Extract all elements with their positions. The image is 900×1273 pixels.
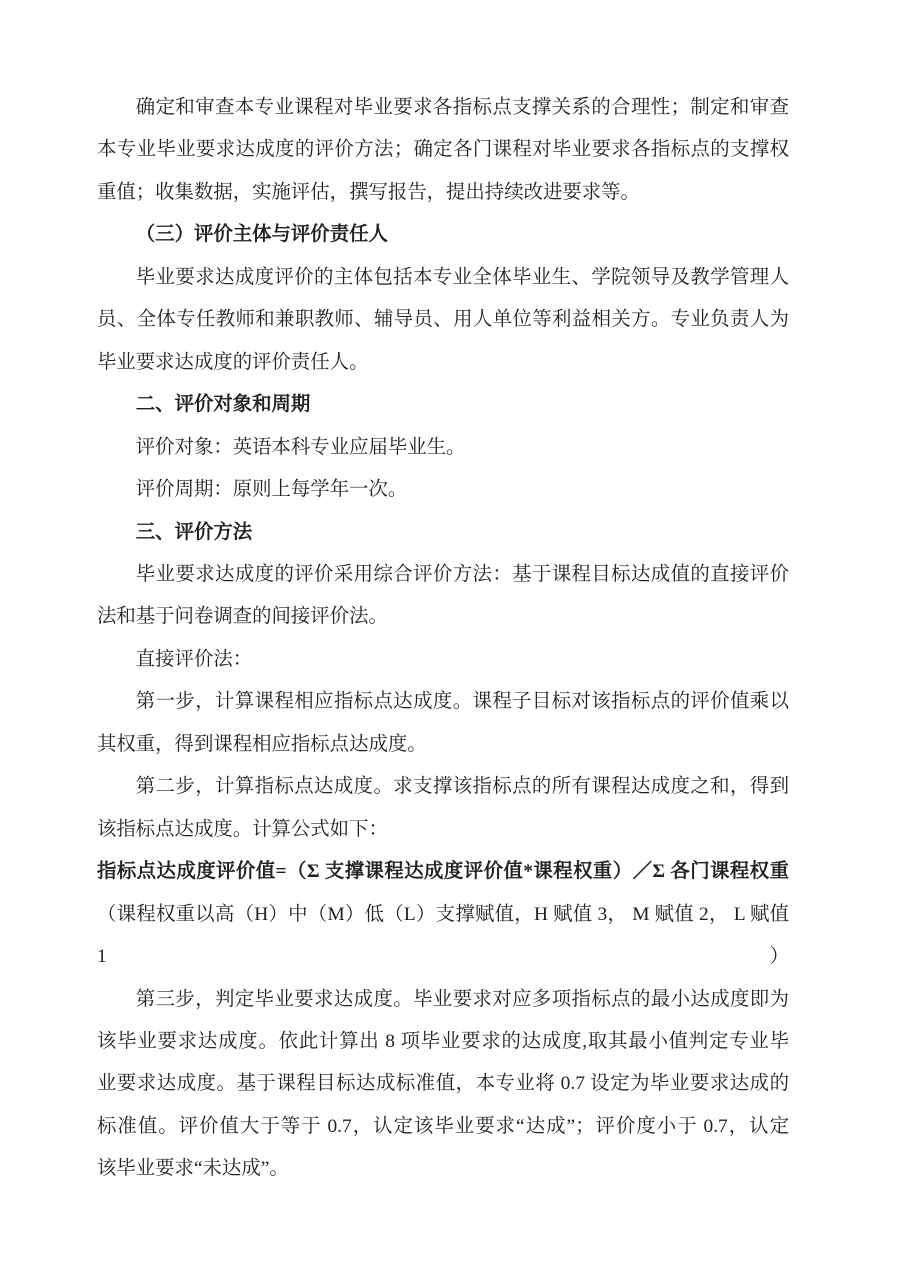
section-heading: （三）评价主体与评价责任人 [97, 214, 789, 256]
text-line: 三、评价方法 [97, 512, 789, 554]
text-line: （三）评价主体与评价责任人 [97, 214, 789, 256]
section-heading: 二、评价对象和周期 [97, 384, 789, 426]
text-line: 该毕业要求“未达成”。 [97, 1148, 789, 1190]
body-paragraph: 第二步，计算指标点达成度。求支撑该指标点的所有课程达成度之和，得到该指标点达成度… [97, 766, 789, 851]
body-paragraph: 毕业要求达成度评价的主体包括本专业全体毕业生、学院领导及教学管理人员、全体专任教… [97, 257, 789, 384]
document-text-body: 确定和审查本专业课程对毕业要求各指标点支撑关系的合理性；制定和审查本专业毕业要求… [97, 87, 789, 1191]
formula-line: 指标点达成度评价值=（Σ 支撑课程达成度评价值*课程权重）／Σ 各门课程权重 [97, 851, 789, 893]
text-line: 评价周期：原则上每学年一次。 [97, 469, 789, 511]
text-line: 法和基于问卷调查的间接评价法。 [97, 596, 789, 638]
text-line: 直接评价法： [97, 639, 789, 681]
text-line: 评价对象：英语本科专业应届毕业生。 [97, 427, 789, 469]
section-heading: 三、评价方法 [97, 512, 789, 554]
text-line: 其权重，得到课程相应指标点达成度。 [97, 724, 789, 766]
body-paragraph: 评价周期：原则上每学年一次。 [97, 469, 789, 511]
text-line: 第二步，计算指标点达成度。求支撑该指标点的所有课程达成度之和，得到 [97, 766, 789, 808]
text-line: 毕业要求达成度的评价采用综合评价方法：基于课程目标达成值的直接评价 [97, 554, 789, 596]
text-line: 员、全体专任教师和兼职教师、辅导员、用人单位等利益相关方。专业负责人为 [97, 299, 789, 341]
text-line: 确定和审查本专业课程对毕业要求各指标点支撑关系的合理性；制定和审查 [97, 87, 789, 129]
body-paragraph: 评价对象：英语本科专业应届毕业生。 [97, 427, 789, 469]
text-line: 标准值。评价值大于等于 0.7，认定该毕业要求“达成”；评价度小于 0.7，认定 [97, 1106, 789, 1148]
text-line: 业要求达成度。基于课程目标达成标准值，本专业将 0.7 设定为毕业要求达成的 [97, 1063, 789, 1105]
text-line: 该毕业要求达成度。依此计算出 8 项毕业要求的达成度,取其最小值判定专业毕 [97, 1021, 789, 1063]
text-line: 第一步，计算课程相应指标点达成度。课程子目标对该指标点的评价值乘以 [97, 681, 789, 723]
body-paragraph: 第一步，计算课程相应指标点达成度。课程子目标对该指标点的评价值乘以其权重，得到课… [97, 681, 789, 766]
text-line: 重值；收集数据，实施评估，撰写报告，提出持续改进要求等。 [97, 172, 789, 214]
text-line: 二、评价对象和周期 [97, 384, 789, 426]
body-paragraph: 确定和审查本专业课程对毕业要求各指标点支撑关系的合理性；制定和审查本专业毕业要求… [97, 87, 789, 214]
text-line: 指标点达成度评价值=（Σ 支撑课程达成度评价值*课程权重）／Σ 各门课程权重 [97, 851, 789, 893]
body-paragraph: 毕业要求达成度的评价采用综合评价方法：基于课程目标达成值的直接评价法和基于问卷调… [97, 554, 789, 639]
text-line: 毕业要求达成度评价的主体包括本专业全体毕业生、学院领导及教学管理人 [97, 257, 789, 299]
text-line: （课程权重以高（H）中（M）低（L）支撑赋值，H 赋值 3， M 赋值 2， L… [97, 894, 789, 979]
body-paragraph: 直接评价法： [97, 639, 789, 681]
document-page: 确定和审查本专业课程对毕业要求各指标点支撑关系的合理性；制定和审查本专业毕业要求… [0, 0, 900, 1273]
text-line: 本专业毕业要求达成度的评价方法；确定各门课程对毕业要求各指标点的支撑权 [97, 129, 789, 171]
body-paragraph: （课程权重以高（H）中（M）低（L）支撑赋值，H 赋值 3， M 赋值 2， L… [97, 894, 789, 979]
text-line: 第三步，判定毕业要求达成度。毕业要求对应多项指标点的最小达成度即为 [97, 979, 789, 1021]
text-line: 毕业要求达成度的评价责任人。 [97, 342, 789, 384]
text-line: 该指标点达成度。计算公式如下： [97, 809, 789, 851]
body-paragraph: 第三步，判定毕业要求达成度。毕业要求对应多项指标点的最小达成度即为该毕业要求达成… [97, 979, 789, 1191]
